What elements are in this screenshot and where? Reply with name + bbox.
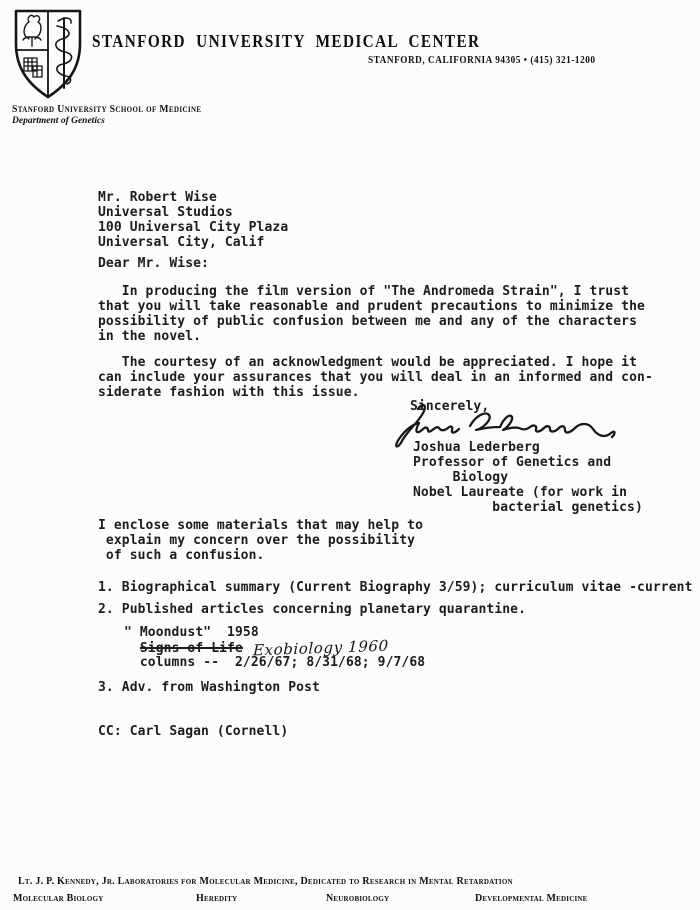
stanford-shield-logo: [11, 8, 85, 100]
footer-department: Molecular Biology: [13, 893, 103, 904]
enclosure-line: of such a confusion.: [98, 548, 264, 563]
recipient-line: Universal City, Calif: [98, 235, 264, 250]
body-line: The courtesy of an acknowledgment would …: [98, 355, 637, 370]
moondust-line: " Moondust" 1958: [124, 625, 259, 640]
footer-department: Heredity: [196, 893, 237, 904]
recipient-line: Universal Studios: [98, 205, 233, 220]
footer-laboratories-line: Lt. J. P. Kennedy, Jr. Laboratories for …: [18, 876, 513, 887]
struck-text: Signs of Life: [140, 641, 243, 656]
list-item-3: 3. Adv. from Washington Post: [98, 680, 320, 695]
letterhead-title: STANFORD UNIVERSITY MEDICAL CENTER: [92, 31, 480, 52]
enclosure-line: I enclose some materials that may help t…: [98, 518, 423, 533]
footer-department: Developmental Medicine: [475, 893, 588, 904]
signature-title-line: Biology: [413, 470, 508, 485]
letterhead-department: Department of Genetics: [12, 116, 105, 126]
recipient-line: Mr. Robert Wise: [98, 190, 217, 205]
signs-of-life-line: Signs of LifeExobiology 1960: [124, 640, 389, 656]
list-item-1: 1. Biographical summary (Current Biograp…: [98, 580, 693, 595]
body-line: In producing the film version of "The An…: [98, 284, 629, 299]
cc-line: CC: Carl Sagan (Cornell): [98, 724, 288, 739]
body-line: in the novel.: [98, 329, 201, 344]
signature-title-line: Professor of Genetics and: [413, 455, 611, 470]
recipient-line: 100 Universal City Plaza: [98, 220, 288, 235]
tree-icon: [23, 15, 41, 46]
body-line: siderate fashion with this issue.: [98, 385, 360, 400]
strike-indent: [124, 641, 140, 656]
letterhead-address: STANFORD, CALIFORNIA 94305 • (415) 321-1…: [368, 55, 596, 66]
body-line: possibility of public confusion between …: [98, 314, 637, 329]
body-line: that you will take reasonable and pruden…: [98, 299, 645, 314]
signature-name: Joshua Lederberg: [413, 440, 540, 455]
footer-department: Neurobiology: [326, 893, 389, 904]
body-line: can include your assurances that you wil…: [98, 370, 653, 385]
signature-title-line: bacterial genetics): [413, 500, 643, 515]
columns-line: columns -- 2/26/67; 8/31/68; 9/7/68: [124, 655, 425, 670]
letterhead-school: Stanford University School of Medicine: [12, 103, 201, 115]
scanned-letter-page: STANFORD UNIVERSITY MEDICAL CENTER STANF…: [0, 0, 700, 910]
building-icon: [24, 58, 42, 77]
enclosure-line: explain my concern over the possibility: [98, 533, 415, 548]
list-item-2: 2. Published articles concerning planeta…: [98, 602, 526, 617]
salutation: Dear Mr. Wise:: [98, 256, 209, 271]
rod-of-asclepius-icon: [56, 18, 72, 88]
signature-title-line: Nobel Laureate (for work in: [413, 485, 627, 500]
